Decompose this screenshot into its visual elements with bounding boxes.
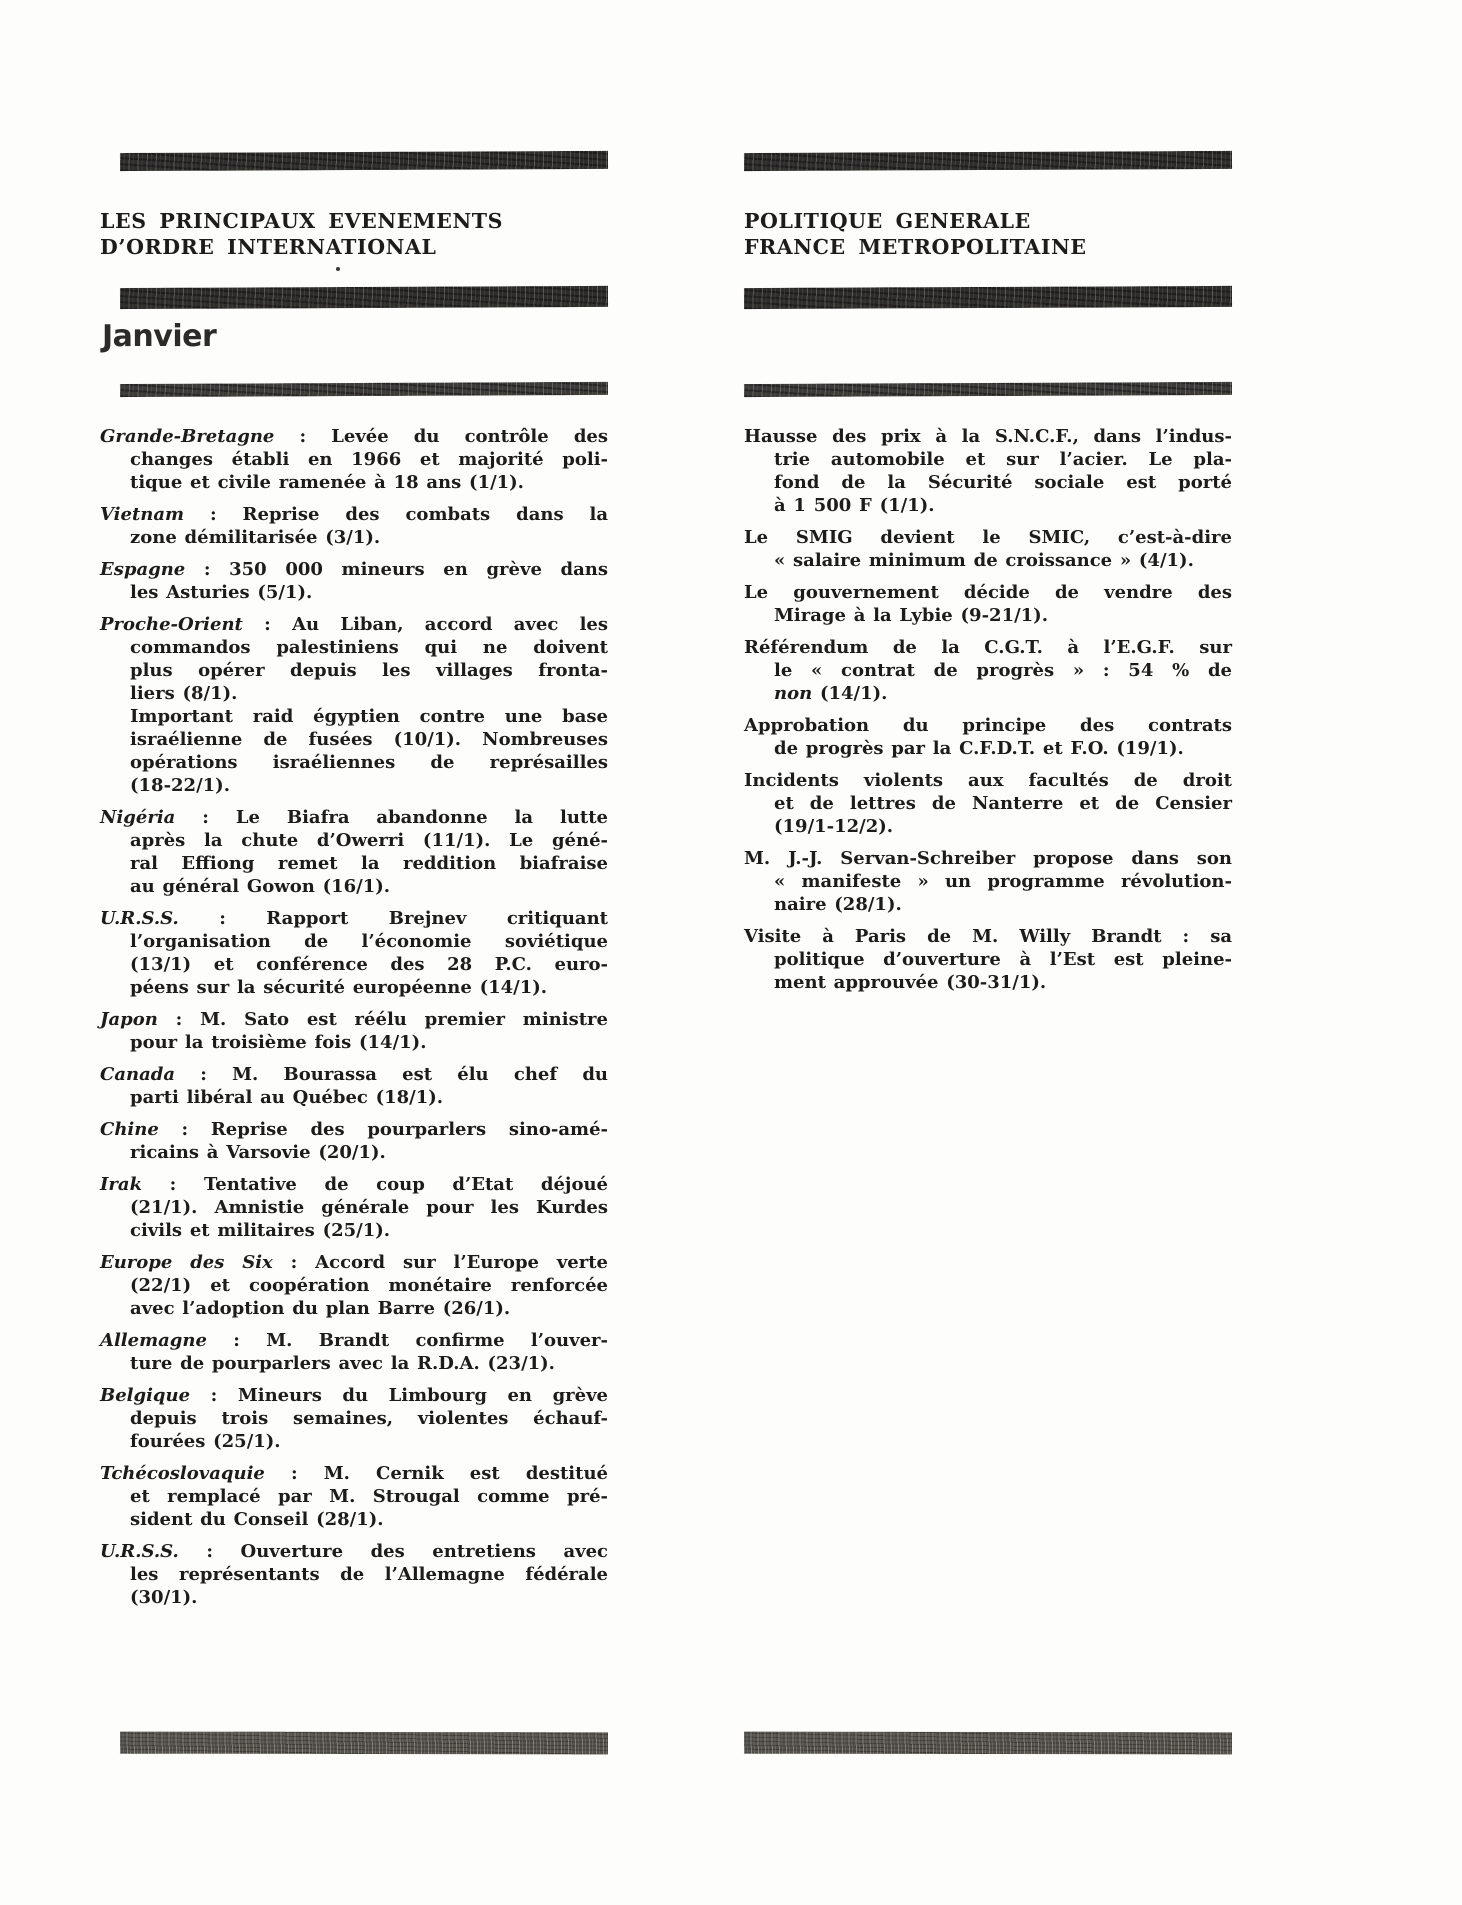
entry-line: israélienne de fusées (10/1). Nombreuses (100, 728, 608, 751)
entry-line: liers (8/1). (100, 682, 608, 705)
entry-text: : Levée du contrôle des (274, 426, 608, 447)
separator-bar-header (744, 286, 1232, 309)
entry-line: ment approuvée (30-31/1). (744, 971, 1232, 994)
entry-line: zone démilitarisée (3/1). (100, 526, 608, 549)
event-entry: Approbation du principe des contratsde p… (744, 714, 1232, 760)
entry-lead-term: Allemagne (100, 1330, 207, 1351)
entry-line: Nigéria : Le Biafra abandonne la lutte (100, 806, 608, 829)
entry-line: Europe des Six : Accord sur l’Europe ver… (100, 1251, 608, 1274)
section-title-international: LES PRINCIPAUX EVENEMENTS D’ORDRE INTERN… (100, 208, 608, 260)
entry-text: : M. Bourassa est élu chef du (175, 1064, 608, 1085)
entry-line: pour la troisième fois (14/1). (100, 1031, 608, 1054)
entry-line: Tchécoslovaquie : M. Cernik est destitué (100, 1462, 608, 1485)
entry-text: israélienne de fusées (10/1). Nombreuses (130, 729, 608, 750)
entry-text: changes établi en 1966 et majorité poli- (130, 449, 608, 470)
entry-line: « salaire minimum de croissance » (4/1). (744, 549, 1232, 572)
entry-text: (14/1). (812, 683, 887, 704)
entry-line: avec l’adoption du plan Barre (26/1). (100, 1297, 608, 1320)
entry-line: Proche-Orient : Au Liban, accord avec le… (100, 613, 608, 636)
entry-line: politique d’ouverture à l’Est est pleine… (744, 948, 1232, 971)
entry-lead-term: Tchécoslovaquie (100, 1463, 265, 1484)
entry-text: zone démilitarisée (3/1). (130, 527, 380, 548)
entry-line: au général Gowon (16/1). (100, 875, 608, 898)
entry-line: Chine : Reprise des pourparlers sino-amé… (100, 1118, 608, 1141)
event-entry: U.R.S.S. : Ouverture des entretiens avec… (100, 1540, 608, 1609)
entry-text: (19/1-12/2). (774, 816, 893, 837)
event-entry: Irak : Tentative de coup d’Etat déjoué(2… (100, 1173, 608, 1242)
entry-text: (13/1) et conférence des 28 P.C. euro- (130, 954, 608, 975)
entry-line: et remplacé par M. Strougal comme pré- (100, 1485, 608, 1508)
left-column-international: LES PRINCIPAUX EVENEMENTS D’ORDRE INTERN… (100, 0, 608, 1905)
entry-text: les Asturies (5/1). (130, 582, 312, 603)
entry-lead-term: Grande-Bretagne (100, 426, 274, 447)
entry-text: depuis trois semaines, violentes échauf- (130, 1408, 608, 1429)
entry-text: : Accord sur l’Europe verte (273, 1252, 608, 1273)
entry-text: commandos palestiniens qui ne doivent (130, 637, 608, 658)
entry-text: Visite à Paris de M. Willy Brandt : sa (744, 926, 1232, 947)
entry-text: tique et civile ramenée à 18 ans (1/1). (130, 472, 524, 493)
entry-line: fourées (25/1). (100, 1430, 608, 1453)
entry-text: et de lettres de Nanterre et de Censier (774, 793, 1232, 814)
entry-line: les Asturies (5/1). (100, 581, 608, 604)
entry-text: péens sur la sécurité européenne (14/1). (130, 977, 547, 998)
event-entry: U.R.S.S. : Rapport Brejnev critiquantl’o… (100, 907, 608, 999)
entry-lead-term: Vietnam (100, 504, 184, 525)
entry-text: fourées (25/1). (130, 1431, 281, 1452)
entry-text: : Mineurs du Limbourg en grève (190, 1385, 608, 1406)
entry-text: ment approuvée (30-31/1). (774, 972, 1046, 993)
event-entry: Proche-Orient : Au Liban, accord avec le… (100, 613, 608, 797)
event-entry: Hausse des prix à la S.N.C.F., dans l’in… (744, 425, 1232, 517)
entry-line: Irak : Tentative de coup d’Etat déjoué (100, 1173, 608, 1196)
entry-line: (22/1) et coopération monétaire renforcé… (100, 1274, 608, 1297)
event-entry: Tchécoslovaquie : M. Cernik est destitué… (100, 1462, 608, 1531)
entry-line: Incidents violents aux facultés de droit (744, 769, 1232, 792)
entry-text: : Au Liban, accord avec les (243, 614, 608, 635)
event-entry: Nigéria : Le Biafra abandonne la lutteap… (100, 806, 608, 898)
entry-text: : Reprise des pourparlers sino-amé- (159, 1119, 608, 1140)
event-entry: Japon : M. Sato est réélu premier minist… (100, 1008, 608, 1054)
separator-bar-top (120, 151, 608, 171)
entry-line: Le gouvernement décide de vendre des (744, 581, 1232, 604)
event-entry: Visite à Paris de M. Willy Brandt : sapo… (744, 925, 1232, 994)
entry-line: (30/1). (100, 1586, 608, 1609)
event-entry: M. J.-J. Servan-Schreiber propose dans s… (744, 847, 1232, 916)
entry-line: les représentants de l’Allemagne fédéral… (100, 1563, 608, 1586)
event-entry: Europe des Six : Accord sur l’Europe ver… (100, 1251, 608, 1320)
event-entry: Chine : Reprise des pourparlers sino-amé… (100, 1118, 608, 1164)
entry-line: péens sur la sécurité européenne (14/1). (100, 976, 608, 999)
entry-line: (19/1-12/2). (744, 815, 1232, 838)
entry-line: « manifeste » un programme révolution- (744, 870, 1232, 893)
entry-line: depuis trois semaines, violentes échauf- (100, 1407, 608, 1430)
scan-artifact-dot (336, 267, 340, 271)
entry-line: Approbation du principe des contrats (744, 714, 1232, 737)
entry-lead-term: Proche-Orient (100, 614, 243, 635)
entry-line: Espagne : 350 000 mineurs en grève dans (100, 558, 608, 581)
separator-bar-bottom (744, 1732, 1232, 1755)
entry-line: (21/1). Amnistie générale pour les Kurde… (100, 1196, 608, 1219)
right-column-france: POLITIQUE GENERALE FRANCE METROPOLITAINE… (744, 0, 1232, 1905)
entry-line: U.R.S.S. : Rapport Brejnev critiquant (100, 907, 608, 930)
entry-line: Mirage à la Lybie (9-21/1). (744, 604, 1232, 627)
entry-text: fond de la Sécurité sociale est porté (774, 472, 1232, 493)
entry-lead-term: non (774, 683, 812, 704)
entry-line: Japon : M. Sato est réélu premier minist… (100, 1008, 608, 1031)
entry-text: avec l’adoption du plan Barre (26/1). (130, 1298, 510, 1319)
entry-line: trie automobile et sur l’acier. Le pla- (744, 448, 1232, 471)
entry-text: après la chute d’Owerri (11/1). Le géné- (130, 830, 608, 851)
event-entry: Belgique : Mineurs du Limbourg en grèved… (100, 1384, 608, 1453)
separator-bar-bottom (120, 1732, 608, 1755)
entry-line: Vietnam : Reprise des combats dans la (100, 503, 608, 526)
entry-text: de progrès par la C.F.D.T. et F.O. (19/1… (774, 738, 1184, 759)
entry-line: Belgique : Mineurs du Limbourg en grève (100, 1384, 608, 1407)
entry-line: Visite à Paris de M. Willy Brandt : sa (744, 925, 1232, 948)
entry-text: Incidents violents aux facultés de droit (744, 770, 1232, 791)
event-entry: Vietnam : Reprise des combats dans lazon… (100, 503, 608, 549)
entry-text: ral Effiong remet la reddition biafraise (130, 853, 608, 874)
entry-text: « manifeste » un programme révolution- (774, 871, 1232, 892)
entry-lead-term: Europe des Six (100, 1252, 273, 1273)
entry-line: le « contrat de progrès » : 54 % de (744, 659, 1232, 682)
entry-text: naire (28/1). (774, 894, 902, 915)
entry-text: Mirage à la Lybie (9-21/1). (774, 605, 1048, 626)
entry-text: : M. Brandt confirme l’ouver- (207, 1330, 608, 1351)
entry-text: trie automobile et sur l’acier. Le pla- (774, 449, 1232, 470)
entry-text: Le SMIG devient le SMIC, c’est-à-dire (744, 527, 1232, 548)
entry-line: ral Effiong remet la reddition biafraise (100, 852, 608, 875)
entry-lead-term: Japon (100, 1009, 158, 1030)
month-heading: Janvier (102, 320, 216, 354)
entry-text: liers (8/1). (130, 683, 237, 704)
entry-text: (21/1). Amnistie générale pour les Kurde… (130, 1197, 608, 1218)
scanned-chronology-page: LES PRINCIPAUX EVENEMENTS D’ORDRE INTERN… (0, 0, 1462, 1905)
separator-bar-month (120, 382, 608, 397)
entry-line: Le SMIG devient le SMIC, c’est-à-dire (744, 526, 1232, 549)
separator-bar-month (744, 382, 1232, 397)
event-entry: Espagne : 350 000 mineurs en grève dansl… (100, 558, 608, 604)
event-entry: Grande-Bretagne : Levée du contrôle desc… (100, 425, 608, 494)
event-entry: Le SMIG devient le SMIC, c’est-à-dire« s… (744, 526, 1232, 572)
section-title-line1: POLITIQUE GENERALE (744, 208, 1232, 234)
separator-bar-top (744, 151, 1232, 171)
entry-line: et de lettres de Nanterre et de Censier (744, 792, 1232, 815)
entry-line: Référendum de la C.G.T. à l’E.G.F. sur (744, 636, 1232, 659)
entry-text: Hausse des prix à la S.N.C.F., dans l’in… (744, 426, 1232, 447)
entry-text: : Reprise des combats dans la (184, 504, 608, 525)
event-entry: Canada : M. Bourassa est élu chef dupart… (100, 1063, 608, 1109)
events-list-international: Grande-Bretagne : Levée du contrôle desc… (100, 425, 608, 1618)
section-title-line1: LES PRINCIPAUX EVENEMENTS (100, 208, 608, 234)
event-entry: Incidents violents aux facultés de droit… (744, 769, 1232, 838)
entry-text: ricains à Varsovie (20/1). (130, 1142, 386, 1163)
entry-text: (18-22/1). (130, 775, 230, 796)
entry-text: l’organisation de l’économie soviétique (130, 931, 608, 952)
entry-line: U.R.S.S. : Ouverture des entretiens avec (100, 1540, 608, 1563)
entry-text: le « contrat de progrès » : 54 % de (774, 660, 1232, 681)
entry-line: changes établi en 1966 et majorité poli- (100, 448, 608, 471)
entry-lead-term: Espagne (100, 559, 185, 580)
section-title-line2: D’ORDRE INTERNATIONAL (100, 234, 608, 260)
entry-line: de progrès par la C.F.D.T. et F.O. (19/1… (744, 737, 1232, 760)
entry-text: à 1 500 F (1/1). (774, 495, 935, 516)
entry-text: politique d’ouverture à l’Est est pleine… (774, 949, 1232, 970)
entry-line: après la chute d’Owerri (11/1). Le géné- (100, 829, 608, 852)
entry-line: civils et militaires (25/1). (100, 1219, 608, 1242)
entry-text: : M. Sato est réélu premier ministre (158, 1009, 608, 1030)
entry-line: parti libéral au Québec (18/1). (100, 1086, 608, 1109)
entry-line: à 1 500 F (1/1). (744, 494, 1232, 517)
entry-lead-term: Irak (100, 1174, 142, 1195)
entry-text: et remplacé par M. Strougal comme pré- (130, 1486, 608, 1507)
entry-text: M. J.-J. Servan-Schreiber propose dans s… (744, 848, 1232, 869)
entry-line: Allemagne : M. Brandt confirme l’ouver- (100, 1329, 608, 1352)
entry-line: Grande-Bretagne : Levée du contrôle des (100, 425, 608, 448)
section-title-france: POLITIQUE GENERALE FRANCE METROPOLITAINE (744, 208, 1232, 260)
event-entry: Allemagne : M. Brandt confirme l’ouver-t… (100, 1329, 608, 1375)
events-list-france: Hausse des prix à la S.N.C.F., dans l’in… (744, 425, 1232, 1003)
entry-text: opérations israéliennes de représailles (130, 752, 608, 773)
event-entry: Le gouvernement décide de vendre desMira… (744, 581, 1232, 627)
section-title-line2: FRANCE METROPOLITAINE (744, 234, 1232, 260)
event-entry: Référendum de la C.G.T. à l’E.G.F. surle… (744, 636, 1232, 705)
entry-text: parti libéral au Québec (18/1). (130, 1087, 443, 1108)
entry-text: sident du Conseil (28/1). (130, 1509, 384, 1530)
entry-text: civils et militaires (25/1). (130, 1220, 390, 1241)
entry-line: Hausse des prix à la S.N.C.F., dans l’in… (744, 425, 1232, 448)
entry-text: ture de pourparlers avec la R.D.A. (23/1… (130, 1353, 555, 1374)
entry-text: Le gouvernement décide de vendre des (744, 582, 1232, 603)
entry-line: (13/1) et conférence des 28 P.C. euro- (100, 953, 608, 976)
entry-text: : 350 000 mineurs en grève dans (185, 559, 608, 580)
entry-line: tique et civile ramenée à 18 ans (1/1). (100, 471, 608, 494)
entry-line: opérations israéliennes de représailles (100, 751, 608, 774)
entry-text: (30/1). (130, 1587, 197, 1608)
entry-line: sident du Conseil (28/1). (100, 1508, 608, 1531)
entry-lead-term: Belgique (100, 1385, 190, 1406)
entry-line: (18-22/1). (100, 774, 608, 797)
entry-text: : Tentative de coup d’Etat déjoué (142, 1174, 608, 1195)
entry-line: M. J.-J. Servan-Schreiber propose dans s… (744, 847, 1232, 870)
entry-text: : Le Biafra abandonne la lutte (175, 807, 608, 828)
entry-text: plus opérer depuis les villages fronta- (130, 660, 608, 681)
entry-line: Important raid égyptien contre une base (100, 705, 608, 728)
entry-text: (22/1) et coopération monétaire renforcé… (130, 1275, 608, 1296)
entry-text: Approbation du principe des contrats (744, 715, 1232, 736)
entry-line: ture de pourparlers avec la R.D.A. (23/1… (100, 1352, 608, 1375)
entry-lead-term: U.R.S.S. (100, 1541, 179, 1562)
entry-lead-term: Chine (100, 1119, 159, 1140)
entry-text: « salaire minimum de croissance » (4/1). (774, 550, 1194, 571)
separator-bar-header (120, 286, 608, 309)
entry-line: ricains à Varsovie (20/1). (100, 1141, 608, 1164)
entry-lead-term: Canada (100, 1064, 175, 1085)
entry-text: : Rapport Brejnev critiquant (179, 908, 608, 929)
entry-text: pour la troisième fois (14/1). (130, 1032, 426, 1053)
entry-line: naire (28/1). (744, 893, 1232, 916)
entry-line: non (14/1). (744, 682, 1232, 705)
entry-text: les représentants de l’Allemagne fédéral… (130, 1564, 608, 1585)
entry-text: Important raid égyptien contre une base (130, 706, 608, 727)
entry-line: fond de la Sécurité sociale est porté (744, 471, 1232, 494)
entry-lead-term: Nigéria (100, 807, 175, 828)
entry-line: l’organisation de l’économie soviétique (100, 930, 608, 953)
entry-line: plus opérer depuis les villages fronta- (100, 659, 608, 682)
entry-line: commandos palestiniens qui ne doivent (100, 636, 608, 659)
entry-text: : M. Cernik est destitué (265, 1463, 608, 1484)
entry-line: Canada : M. Bourassa est élu chef du (100, 1063, 608, 1086)
entry-text: au général Gowon (16/1). (130, 876, 390, 897)
entry-text: : Ouverture des entretiens avec (179, 1541, 608, 1562)
entry-lead-term: U.R.S.S. (100, 908, 179, 929)
entry-text: Référendum de la C.G.T. à l’E.G.F. sur (744, 637, 1232, 658)
